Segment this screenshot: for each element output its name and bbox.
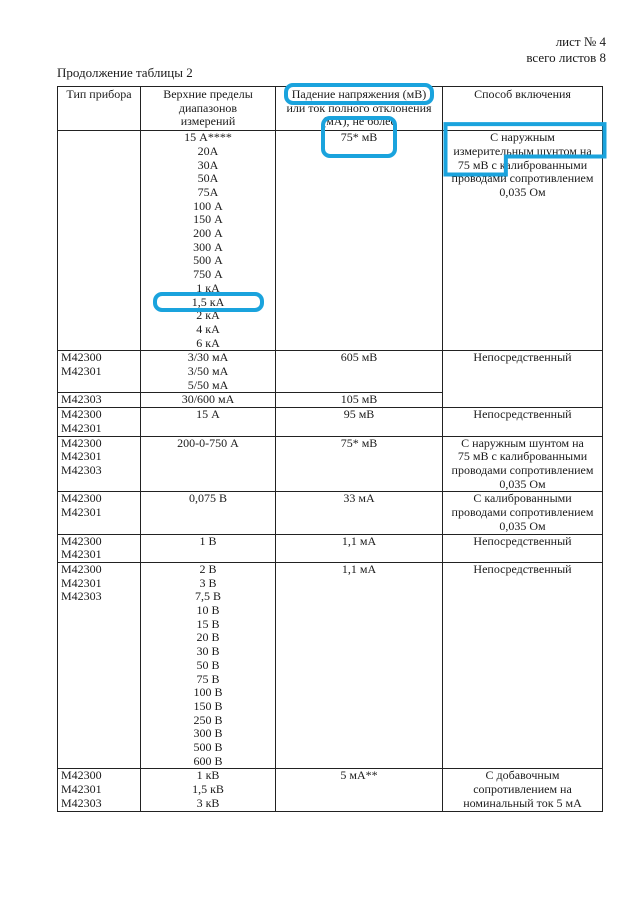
cell-range-limits: 3/30 мА3/50 мА5/50 мА xyxy=(141,351,276,393)
table-row: М42300М423013/30 мА3/50 мА5/50 мА605 мВН… xyxy=(58,351,603,393)
cell-instrument-type: М42300М42301М42303 xyxy=(58,436,141,492)
cell-voltage-drop: 75* мВ xyxy=(276,131,443,351)
cell-voltage-drop: 33 мА xyxy=(276,492,443,534)
sheet-total: всего листов 8 xyxy=(526,50,606,66)
cell-instrument-type: М42303 xyxy=(58,393,141,408)
cell-range-limits: 200-0-750 А xyxy=(141,436,276,492)
cell-connection-method: С наружным шунтом на75 мВ с калиброванны… xyxy=(443,436,603,492)
cell-voltage-drop: 95 мВ xyxy=(276,408,443,436)
cell-voltage-drop: 1,1 мА xyxy=(276,562,443,769)
cell-voltage-drop: 5 мА** xyxy=(276,769,443,811)
cell-instrument-type xyxy=(58,131,141,351)
cell-instrument-type: М42300М42301 xyxy=(58,534,141,562)
cell-range-limits: 2 В3 В7,5 В10 В15 В20 В30 В50 В75 В100 В… xyxy=(141,562,276,769)
sheet-number: лист № 4 xyxy=(526,34,606,50)
cell-connection-method: Непосредственный xyxy=(443,351,603,408)
cell-connection-method: Непосредственный xyxy=(443,562,603,769)
cell-voltage-drop: 105 мВ xyxy=(276,393,443,408)
instrument-spec-table: Тип прибора Верхние пределы диапазонов и… xyxy=(57,86,603,812)
table-row: М42300М423011 В1,1 мАНепосредственный xyxy=(58,534,603,562)
table-row: М42300М42301М423031 кВ1,5 кВ3 кВ5 мА**С … xyxy=(58,769,603,811)
cell-instrument-type: М42300М42301 xyxy=(58,408,141,436)
cell-connection-method: С калиброваннымипроводами сопротивлением… xyxy=(443,492,603,534)
cell-instrument-type: М42300М42301М42303 xyxy=(58,769,141,811)
cell-range-limits: 1 кВ1,5 кВ3 кВ xyxy=(141,769,276,811)
cell-instrument-type: М42300М42301 xyxy=(58,351,141,393)
table-header-row: Тип прибора Верхние пределы диапазонов и… xyxy=(58,87,603,131)
cell-voltage-drop: 605 мВ xyxy=(276,351,443,393)
cell-range-limits: 30/600 мА xyxy=(141,393,276,408)
cell-range-limits: 0,075 В xyxy=(141,492,276,534)
cell-connection-method: С добавочнымсопротивлением наноминальный… xyxy=(443,769,603,811)
cell-instrument-type: М42300М42301 xyxy=(58,492,141,534)
table-row: 15 А****20А30А50А75А100 А150 А200 А300 А… xyxy=(58,131,603,351)
header-instrument-type: Тип прибора xyxy=(58,87,141,131)
table-caption: Продолжение таблицы 2 xyxy=(57,65,193,81)
table-row: М42300М423010,075 В33 мАС калиброванными… xyxy=(58,492,603,534)
cell-instrument-type: М42300М42301М42303 xyxy=(58,562,141,769)
table-row: М42300М4230115 А95 мВНепосредственный xyxy=(58,408,603,436)
cell-voltage-drop: 1,1 мА xyxy=(276,534,443,562)
cell-connection-method: С наружнымизмерительным шунтом на75 мВ с… xyxy=(443,131,603,351)
cell-range-limits: 15 А xyxy=(141,408,276,436)
header-connection-method: Способ включения xyxy=(443,87,603,131)
cell-range-limits: 15 А****20А30А50А75А100 А150 А200 А300 А… xyxy=(141,131,276,351)
cell-voltage-drop: 75* мВ xyxy=(276,436,443,492)
cell-connection-method: Непосредственный xyxy=(443,408,603,436)
table-row: М42300М42301М42303200-0-750 А75* мВС нар… xyxy=(58,436,603,492)
table-row: М42300М42301М423032 В3 В7,5 В10 В15 В20 … xyxy=(58,562,603,769)
cell-range-limits: 1 В xyxy=(141,534,276,562)
header-voltage-drop: Падение напряжения (мВ) или ток полного … xyxy=(276,87,443,131)
cell-connection-method: Непосредственный xyxy=(443,534,603,562)
header-range-limits: Верхние пределы диапазонов измерений xyxy=(141,87,276,131)
sheet-info: лист № 4 всего листов 8 xyxy=(526,34,606,66)
